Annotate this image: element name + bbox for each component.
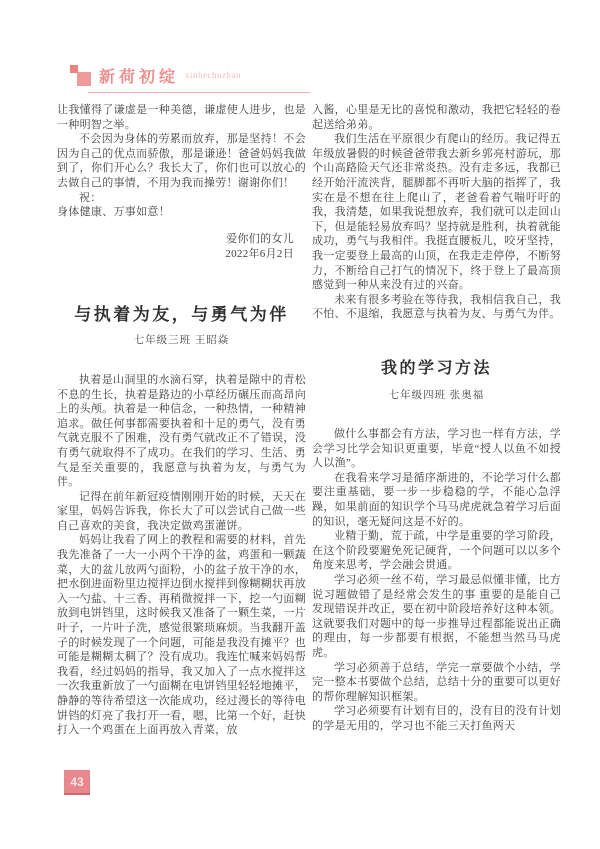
article-paragraph: 妈妈让我看了网上的教程和需要的材料，首先我先准备了一大一小两个干净的盆，鸡蛋和一…	[57, 533, 306, 737]
signature-date: 2022年6月2日	[57, 247, 294, 262]
right-column: 入酱，心里是无比的喜悦和激动，我把它轻轻的卷起送给弟弟。 我们生活在平原很少有爬…	[312, 103, 561, 734]
magazine-page: 新荷初绽 xinhechuzhan 让我懂得了谦虚是一种美德，谦虚使人进步，也是…	[0, 0, 600, 849]
letter-signature: 爱你们的女儿 2022年6月2日	[57, 232, 306, 262]
article-paragraph: 未来有很多考验在等待我，我相信我自己，我不怕、不退缩，我愿意与执着为友、与勇气为…	[312, 293, 561, 322]
article-1-title: 与执着为友，与勇气为伴	[57, 308, 306, 323]
article-paragraph: 我们生活在平原很少有爬山的经历。我记得五年级放暑假的时候爸爸带我去新乡郭亮村游玩…	[312, 132, 561, 293]
article-paragraph: 学习必须要有计划有目的，没有目的没有计划的学是无用的，学习也不能三天打鱼两天	[312, 704, 561, 733]
article-paragraph: 业精于勤，荒于疏，中学是重要的学习阶段，在这个阶段要避免死记硬背，一个问题可以以…	[312, 529, 561, 573]
article-2-title: 我的学习方法	[312, 362, 561, 377]
article-2-author: 七年级四班 张奥福	[312, 389, 561, 404]
article-paragraph: 学习必须善于总结，学完一章要做个小结，学完一整本书要做个总结，总结十分的重要可以…	[312, 661, 561, 705]
brand-name: 新荷初绽	[99, 64, 179, 87]
brand-logo-icon	[70, 62, 92, 88]
article-paragraph-continued: 入酱，心里是无比的喜悦和激动，我把它轻轻的卷起送给弟弟。	[312, 103, 561, 132]
letter-salute: 祝：	[57, 191, 306, 206]
header-rule	[88, 92, 310, 93]
article-paragraph: 记得在前年新冠疫情刚刚开始的时候，天天在家里，妈妈告诉我，你长大了可以尝试自己做…	[57, 490, 306, 534]
page-number-badge: 43	[64, 770, 90, 795]
article-paragraph: 执着是山洞里的水滴石穿，执着是隙中的青松不息的生长，执着是路边的小草经历碾压而高…	[57, 373, 306, 490]
article-1-author: 七年级三班 王昭焱	[57, 334, 306, 349]
letter-paragraph: 让我懂得了谦虚是一种美德，谦虚使人进步，也是一种明智之举。	[57, 103, 306, 132]
letter-paragraph: 不会因为身体的劳累而放弃，那是坚持！不会因为自己的优点而骄傲，那是谦逊！爸爸妈妈…	[57, 132, 306, 190]
article-paragraph: 在我看来学习是循序渐进的，不论学习什么都要注重基础，要一步一步稳稳的学，不能心急…	[312, 471, 561, 529]
page-header: 新荷初绽 xinhechuzhan	[70, 62, 241, 88]
article-paragraph: 做什么事都会有方法，学习也一样有方法，学会学习比学会知识更重要，毕竟“授人以鱼不…	[312, 427, 561, 471]
signature-signoff: 爱你们的女儿	[57, 232, 294, 247]
brand-subtitle: xinhechuzhan	[185, 70, 241, 80]
logo-square-large	[77, 72, 91, 86]
letter-wish: 身体健康、万事如意！	[57, 205, 306, 220]
article-paragraph: 学习必须一丝不苟，学习最忌似懂非懂，比方说习题做错了是经常会发生的事 重要的是能…	[312, 573, 561, 661]
left-column: 让我懂得了谦虚是一种美德，谦虚使人进步，也是一种明智之举。 不会因为身体的劳累而…	[57, 103, 306, 738]
